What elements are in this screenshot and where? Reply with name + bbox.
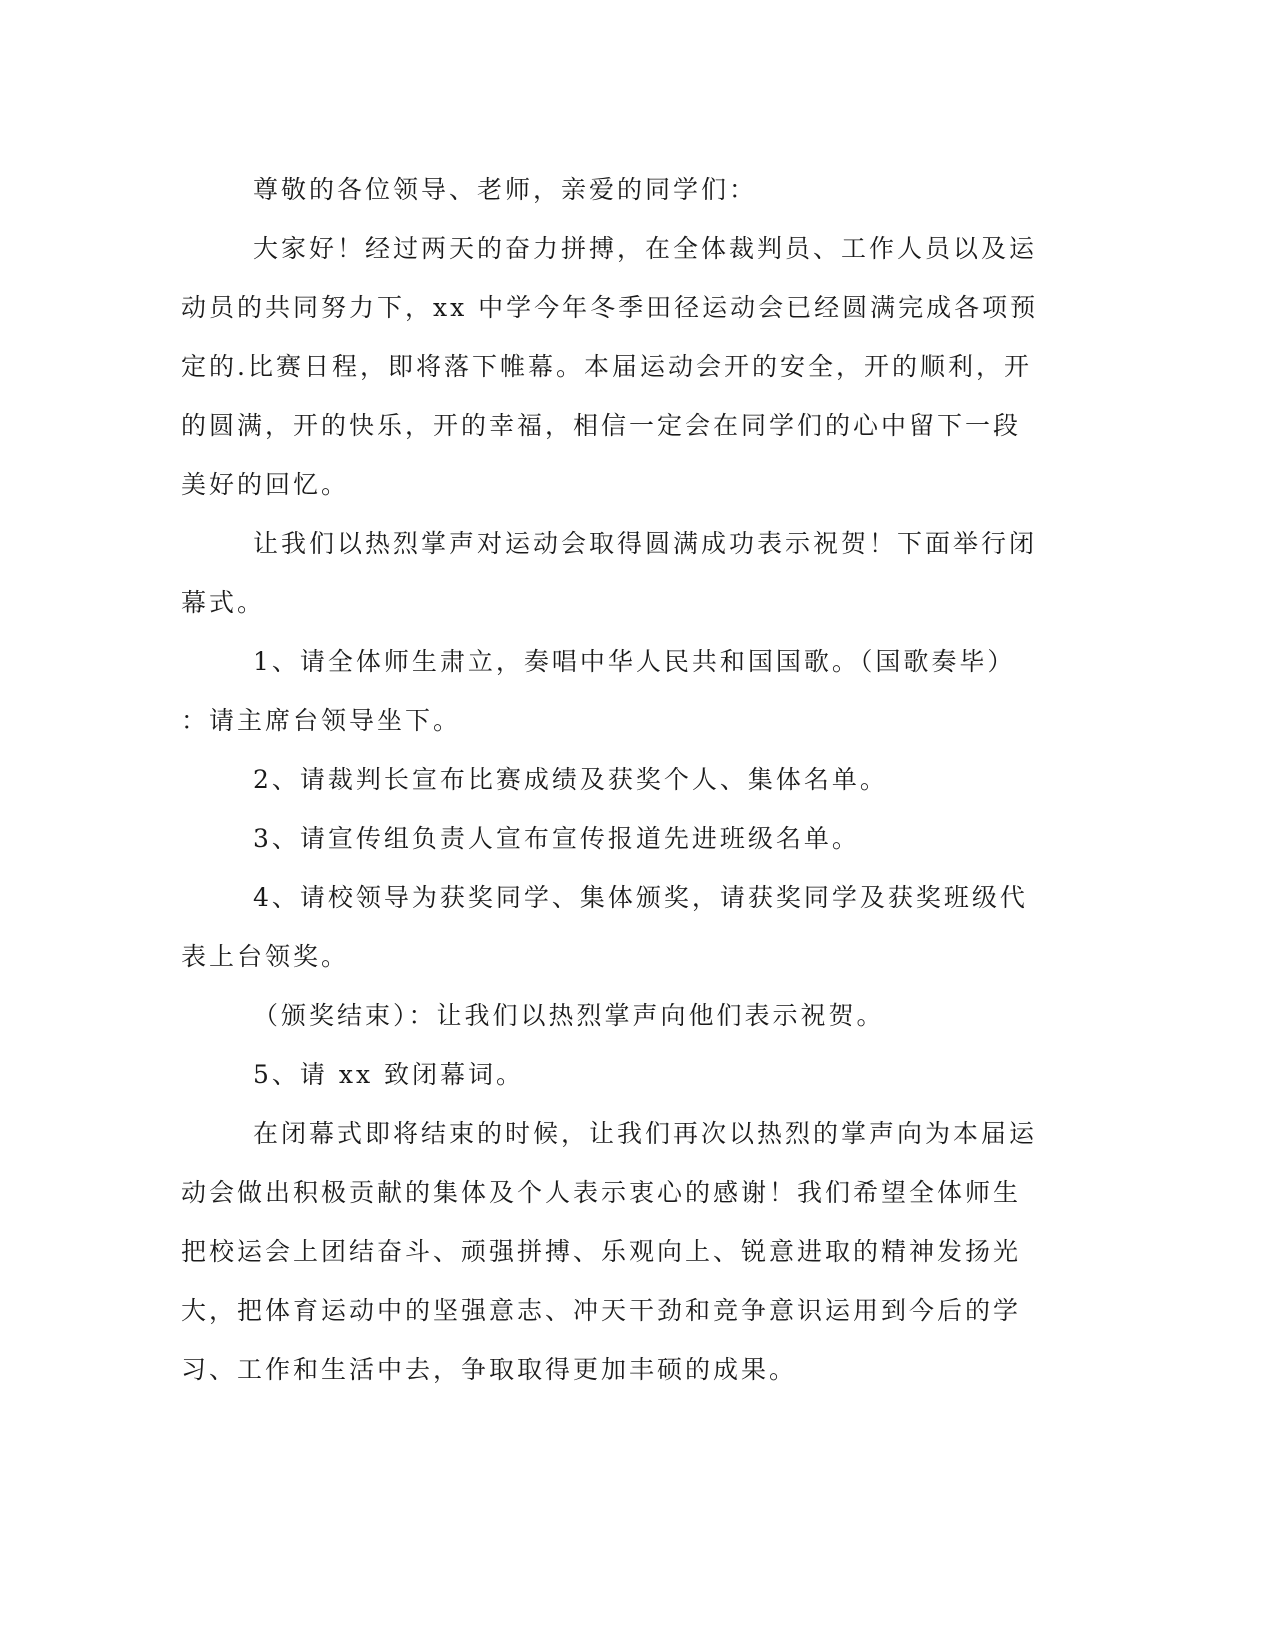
salutation-paragraph: 尊敬的各位领导、老师，亲爱的同学们： [181,160,1031,219]
opening-paragraph: 大家好！经过两天的奋力拼搏，在全体裁判员、工作人员以及运 动员的共同努力下，xx… [181,219,1031,514]
agenda-item-1: 1、请全体师生肃立，奏唱中华人民共和国国歌。（国歌奏毕） ：请主席台领导坐下。 [181,632,1031,750]
agenda-item-3: 3、请宣传组负责人宣布宣传报道先进班级名单。 [181,809,1031,868]
closing-paragraph: 在闭幕式即将结束的时候，让我们再次以热烈的掌声向为本届运 动会做出积极贡献的集体… [181,1104,1031,1399]
text-line: 2、请裁判长宣布比赛成绩及获奖个人、集体名单。 [181,750,1031,809]
text-line: 让我们以热烈掌声对运动会取得圆满成功表示祝贺！下面举行闭 [181,514,1031,573]
text-line: 把校运会上团结奋斗、顽强拼搏、乐观向上、锐意进取的精神发扬光 [181,1222,1031,1281]
text-line: （颁奖结束）：让我们以热烈掌声向他们表示祝贺。 [181,986,1031,1045]
congratulation-paragraph: 让我们以热烈掌声对运动会取得圆满成功表示祝贺！下面举行闭 幕式。 [181,514,1031,632]
award-end-paragraph: （颁奖结束）：让我们以热烈掌声向他们表示祝贺。 [181,986,1031,1045]
text-line: 尊敬的各位领导、老师，亲爱的同学们： [181,160,1031,219]
text-line: 的圆满，开的快乐，开的幸福，相信一定会在同学们的心中留下一段 [181,396,1031,455]
text-line: 1、请全体师生肃立，奏唱中华人民共和国国歌。（国歌奏毕） [181,632,1031,691]
text-line: 习、工作和生活中去，争取取得更加丰硕的成果。 [181,1340,1031,1399]
text-line: 表上台领奖。 [181,927,1031,986]
text-line: 动员的共同努力下，xx 中学今年冬季田径运动会已经圆满完成各项预 [181,278,1031,337]
text-line: 在闭幕式即将结束的时候，让我们再次以热烈的掌声向为本届运 [181,1104,1031,1163]
agenda-item-5: 5、请 xx 致闭幕词。 [181,1045,1031,1104]
text-line: 大家好！经过两天的奋力拼搏，在全体裁判员、工作人员以及运 [181,219,1031,278]
text-line: 4、请校领导为获奖同学、集体颁奖，请获奖同学及获奖班级代 [181,868,1031,927]
text-line: 定的.比赛日程，即将落下帷幕。本届运动会开的安全，开的顺利，开 [181,337,1031,396]
document-page: 尊敬的各位领导、老师，亲爱的同学们： 大家好！经过两天的奋力拼搏，在全体裁判员、… [181,160,1031,1399]
text-line: 大，把体育运动中的坚强意志、冲天干劲和竞争意识运用到今后的学 [181,1281,1031,1340]
text-line: 幕式。 [181,573,1031,632]
text-line: 3、请宣传组负责人宣布宣传报道先进班级名单。 [181,809,1031,868]
text-line: ：请主席台领导坐下。 [181,691,1031,750]
text-line: 5、请 xx 致闭幕词。 [181,1045,1031,1104]
agenda-item-2: 2、请裁判长宣布比赛成绩及获奖个人、集体名单。 [181,750,1031,809]
agenda-item-4: 4、请校领导为获奖同学、集体颁奖，请获奖同学及获奖班级代 表上台领奖。 [181,868,1031,986]
text-line: 美好的回忆。 [181,455,1031,514]
text-line: 动会做出积极贡献的集体及个人表示衷心的感谢！我们希望全体师生 [181,1163,1031,1222]
